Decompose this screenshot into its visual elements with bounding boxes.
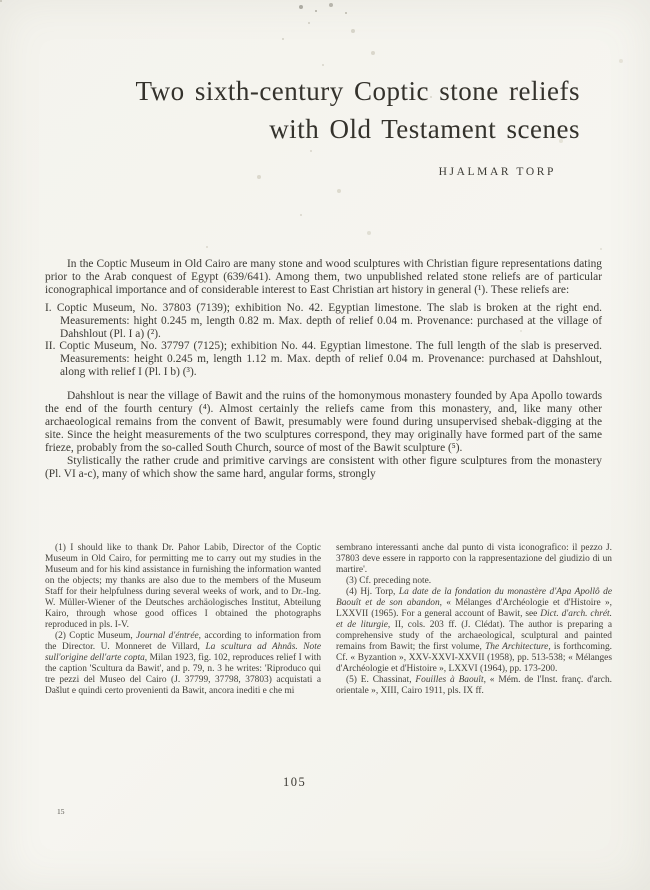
footnote-text: sembrano interessanti anche dal punto di… xyxy=(336,543,612,575)
paragraph-dahshlout: Dahshlout is near the village of Bawit a… xyxy=(45,390,602,455)
article-title-line2: with Old Testament scenes xyxy=(65,110,580,148)
relief-entry-1: I. Coptic Museum, No. 37803 (7139); exhi… xyxy=(45,302,602,341)
footnotes-left-column: (1) I should like to thank Dr. Pahor Lab… xyxy=(45,543,321,697)
intro-paragraph: In the Coptic Museum in Old Cairo are ma… xyxy=(45,258,602,297)
footnote-italic-text: Journal d'éntrée xyxy=(136,631,199,641)
paper-speckles xyxy=(0,0,2,2)
relief-entry-2: II. Coptic Museum, No. 37797 (7125); exh… xyxy=(45,340,602,379)
footnote-paragraph: (5) E. Chassinat, Fouilles à Baouît, « M… xyxy=(336,675,612,697)
footnote-paragraph: (1) I should like to thank Dr. Pahor Lab… xyxy=(45,543,321,631)
printer-signature-mark: 15 xyxy=(57,807,65,816)
paragraph-stylistically: Stylistically the rather crude and primi… xyxy=(45,455,602,481)
scanned-page: Two sixth-century Coptic stone reliefs w… xyxy=(0,0,650,890)
author-name: HJALMAR TORP xyxy=(0,166,556,178)
footnote-text: (2) Coptic Museum, xyxy=(55,631,136,641)
footnote-italic-text: The Architecture xyxy=(485,642,548,652)
footnotes-section: (1) I should like to thank Dr. Pahor Lab… xyxy=(45,543,612,697)
footnote-text: (4) Hj. Torp, xyxy=(346,587,399,597)
footnote-paragraph: (3) Cf. preceding note. xyxy=(336,576,612,587)
relief-list: I. Coptic Museum, No. 37803 (7139); exhi… xyxy=(45,302,602,379)
article-body: In the Coptic Museum in Old Cairo are ma… xyxy=(45,258,602,481)
footnote-paragraph: (4) Hj. Torp, La date de la fondation du… xyxy=(336,587,612,675)
footnote-text: (3) Cf. preceding note. xyxy=(346,576,431,586)
footnote-text: (1) I should like to thank Dr. Pahor Lab… xyxy=(45,543,321,630)
footnote-text: (5) E. Chassinat, xyxy=(346,675,415,685)
page-number: 105 xyxy=(283,775,306,790)
footnote-paragraph: sembrano interessanti anche dal punto di… xyxy=(336,543,612,576)
footnote-paragraph: (2) Coptic Museum, Journal d'éntrée, acc… xyxy=(45,631,321,697)
article-title: Two sixth-century Coptic stone reliefs w… xyxy=(65,72,580,149)
footnote-italic-text: Fouilles à Baouît xyxy=(415,675,483,685)
footnotes-right-column: sembrano interessanti anche dal punto di… xyxy=(336,543,612,697)
article-title-line1: Two sixth-century Coptic stone reliefs xyxy=(65,72,580,110)
